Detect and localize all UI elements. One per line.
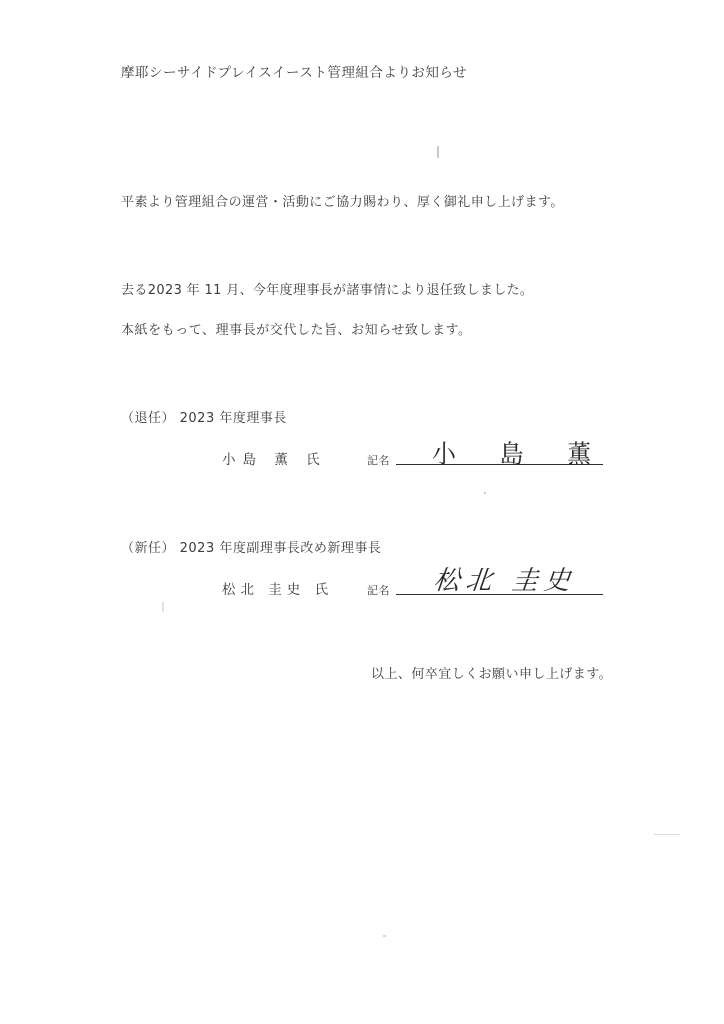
incoming-signature-row: 松北 圭史 氏 記名 松北 圭史 [0, 570, 724, 600]
incoming-handwritten-signature: 松北 圭史 [432, 560, 578, 597]
scan-artifact [654, 834, 680, 835]
closing-text: 以上、何卒宜しくお願い申し上げます。 [371, 663, 612, 682]
outgoing-signature-line [396, 464, 603, 465]
incoming-signature-line [396, 594, 603, 595]
scan-artifact [484, 492, 486, 494]
scan-artifact [437, 146, 439, 158]
paragraph-resignation: 去る2023 年 11 月、今年度理事長が諸事情により退任致しました。 [121, 279, 533, 298]
incoming-sign-label: 記名 [367, 582, 390, 598]
incoming-printed-name: 松北 圭史 氏 [222, 578, 333, 598]
notice-page: 摩耶シーサイドプレイスイースト管理組合よりお知らせ 平素より管理組合の運営・活動… [0, 0, 724, 1024]
notice-title: 摩耶シーサイドプレイスイースト管理組合よりお知らせ [121, 61, 467, 81]
outgoing-printed-name: 小島 薫 氏 [222, 448, 327, 468]
paragraph-announcement: 本紙をもって、理事長が交代した旨、お知らせ致します。 [121, 319, 472, 338]
outgoing-role-label: （退任） 2023 年度理事長 [121, 407, 287, 426]
outgoing-sign-label: 記名 [367, 452, 390, 468]
incoming-role-label: （新任） 2023 年度副理事長改め新理事長 [121, 537, 381, 556]
outgoing-signature-row: 小島 薫 氏 記名 小 島 薫 [0, 440, 724, 470]
scan-artifact [162, 602, 164, 612]
greeting-text: 平素より管理組合の運営・活動にご協力賜わり、厚く御礼申し上げます。 [121, 191, 564, 210]
scan-artifact [383, 935, 386, 937]
